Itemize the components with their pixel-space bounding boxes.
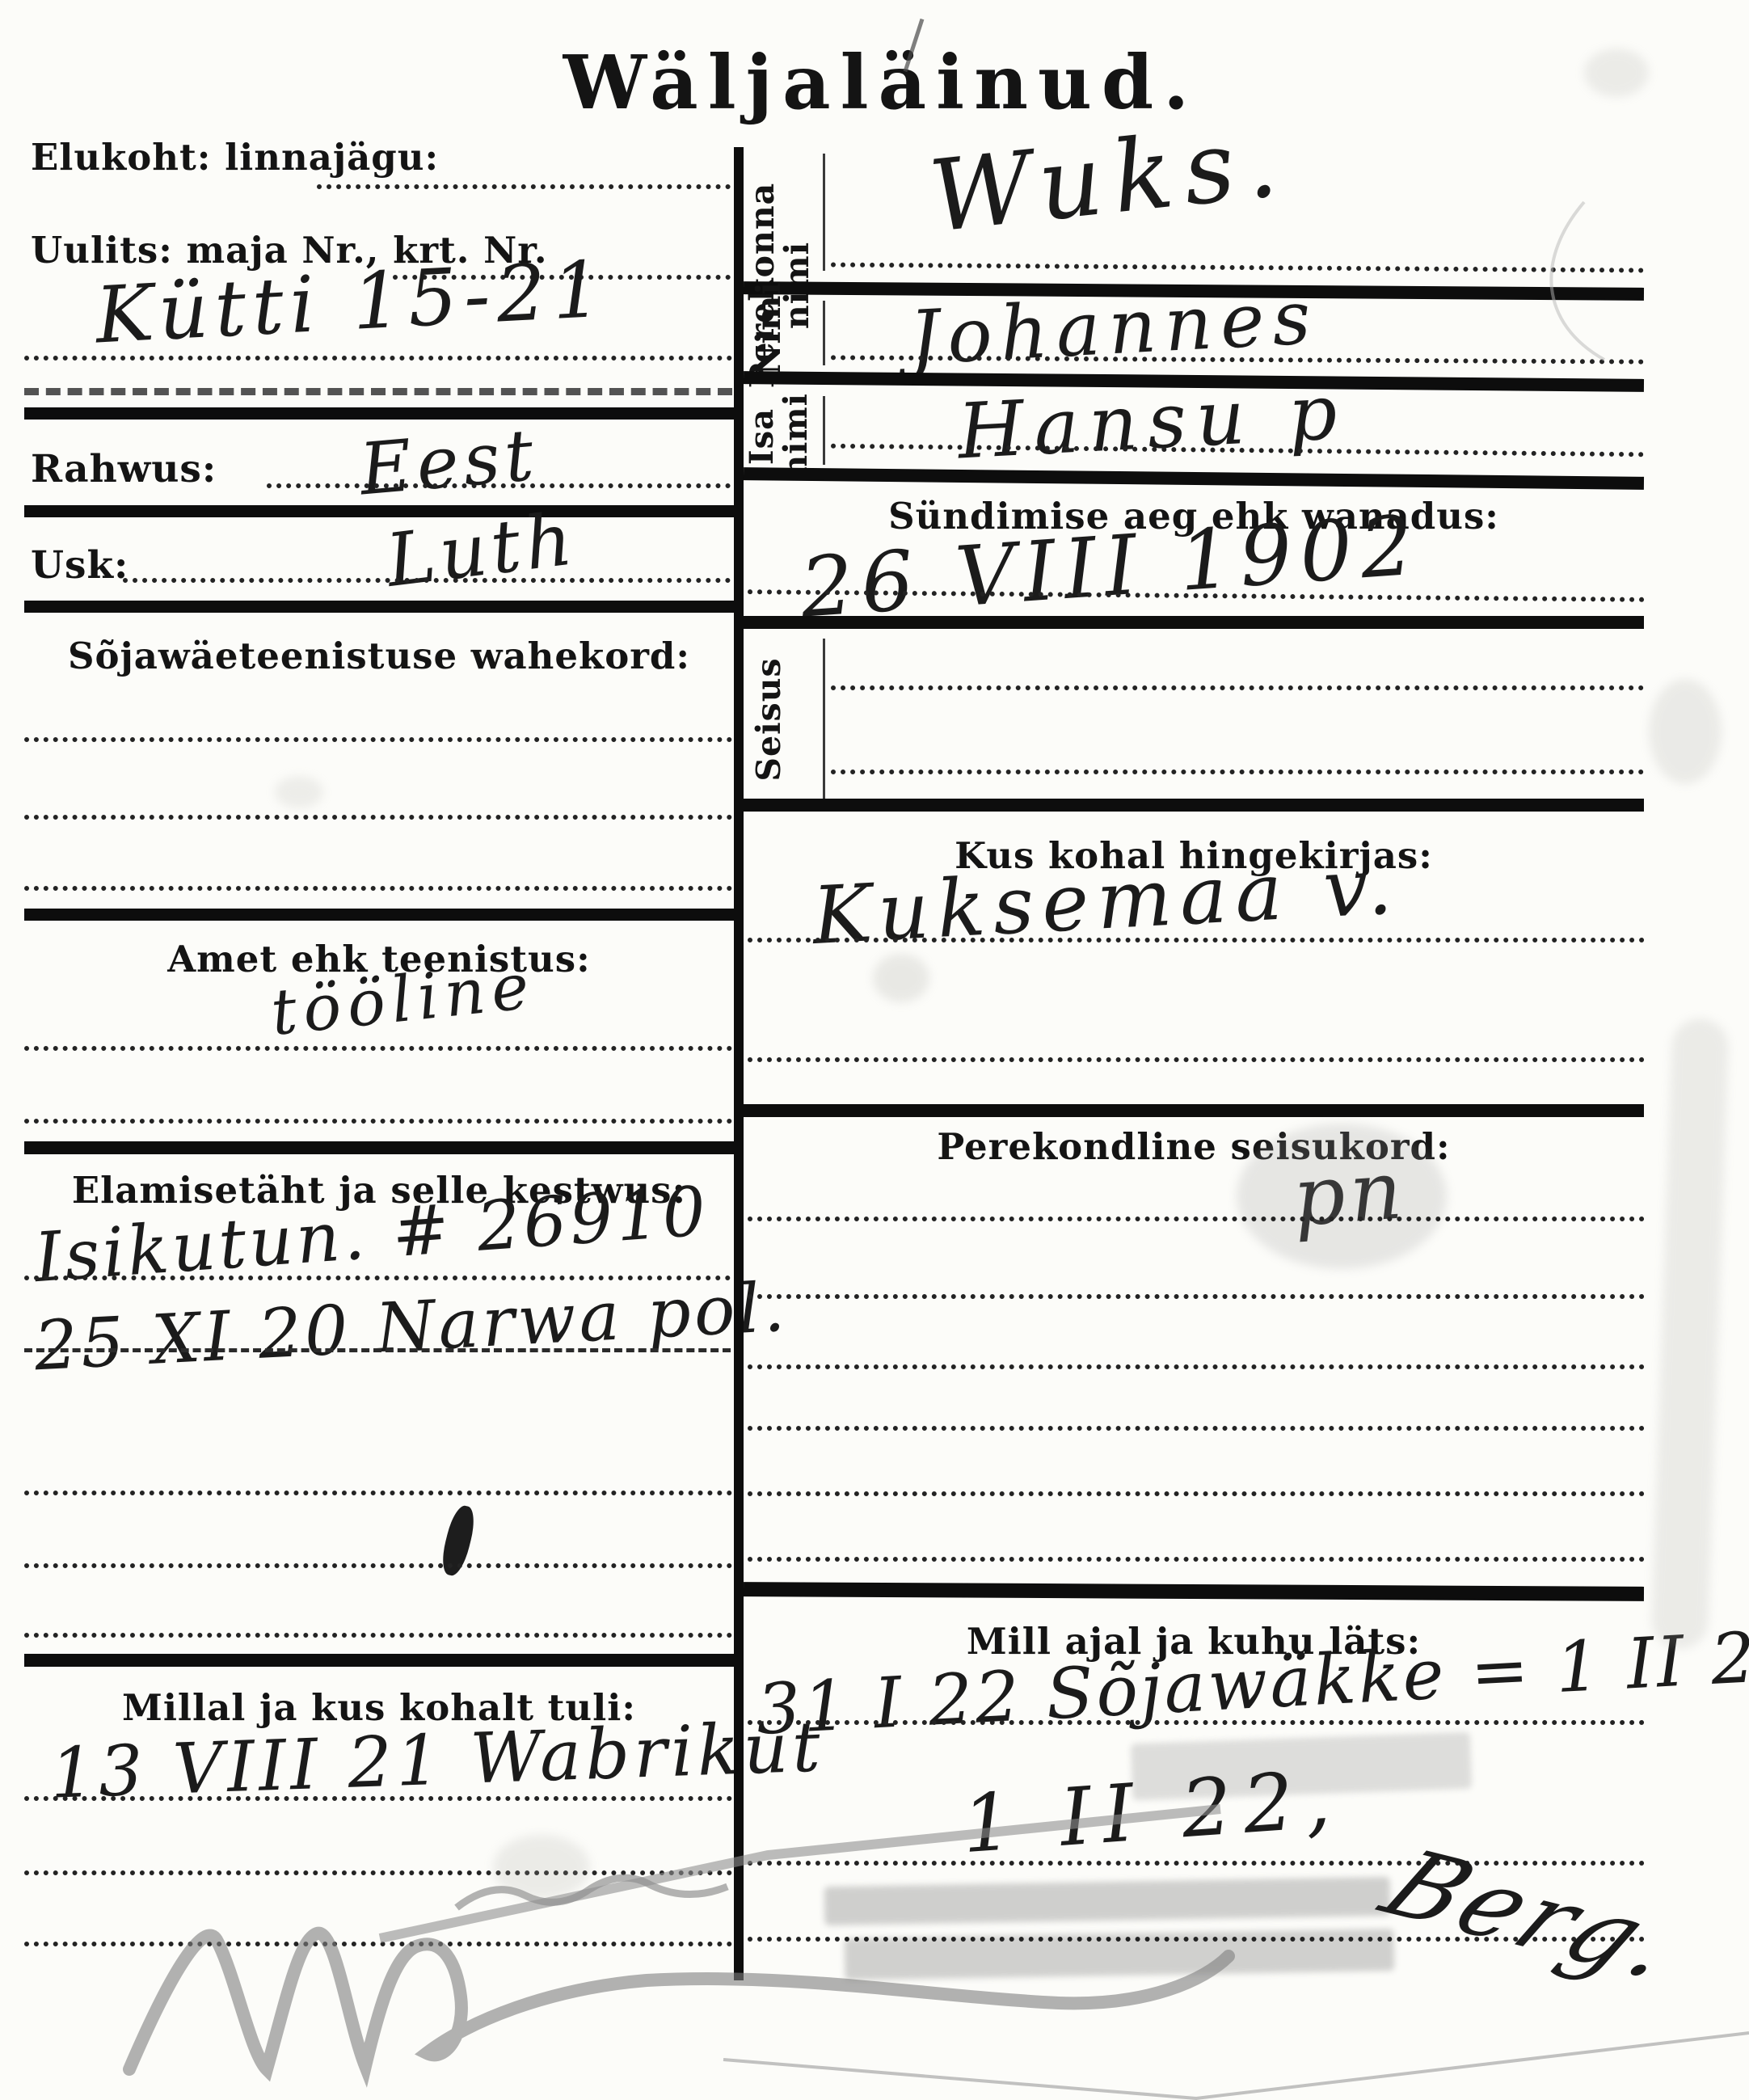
page-crease bbox=[723, 2033, 1749, 2098]
stain bbox=[275, 776, 323, 808]
pencil-signature bbox=[129, 1933, 1229, 2069]
page-crease bbox=[1551, 202, 1604, 360]
stain bbox=[1584, 48, 1649, 97]
stain bbox=[493, 1835, 590, 1900]
stain bbox=[1649, 679, 1722, 784]
registration-form-page: Wäljaläinud. Elukoht: linnajägu: Uulits:… bbox=[0, 0, 1749, 2100]
stain bbox=[873, 954, 929, 1002]
pencil-marks-overlay bbox=[0, 0, 1749, 2100]
